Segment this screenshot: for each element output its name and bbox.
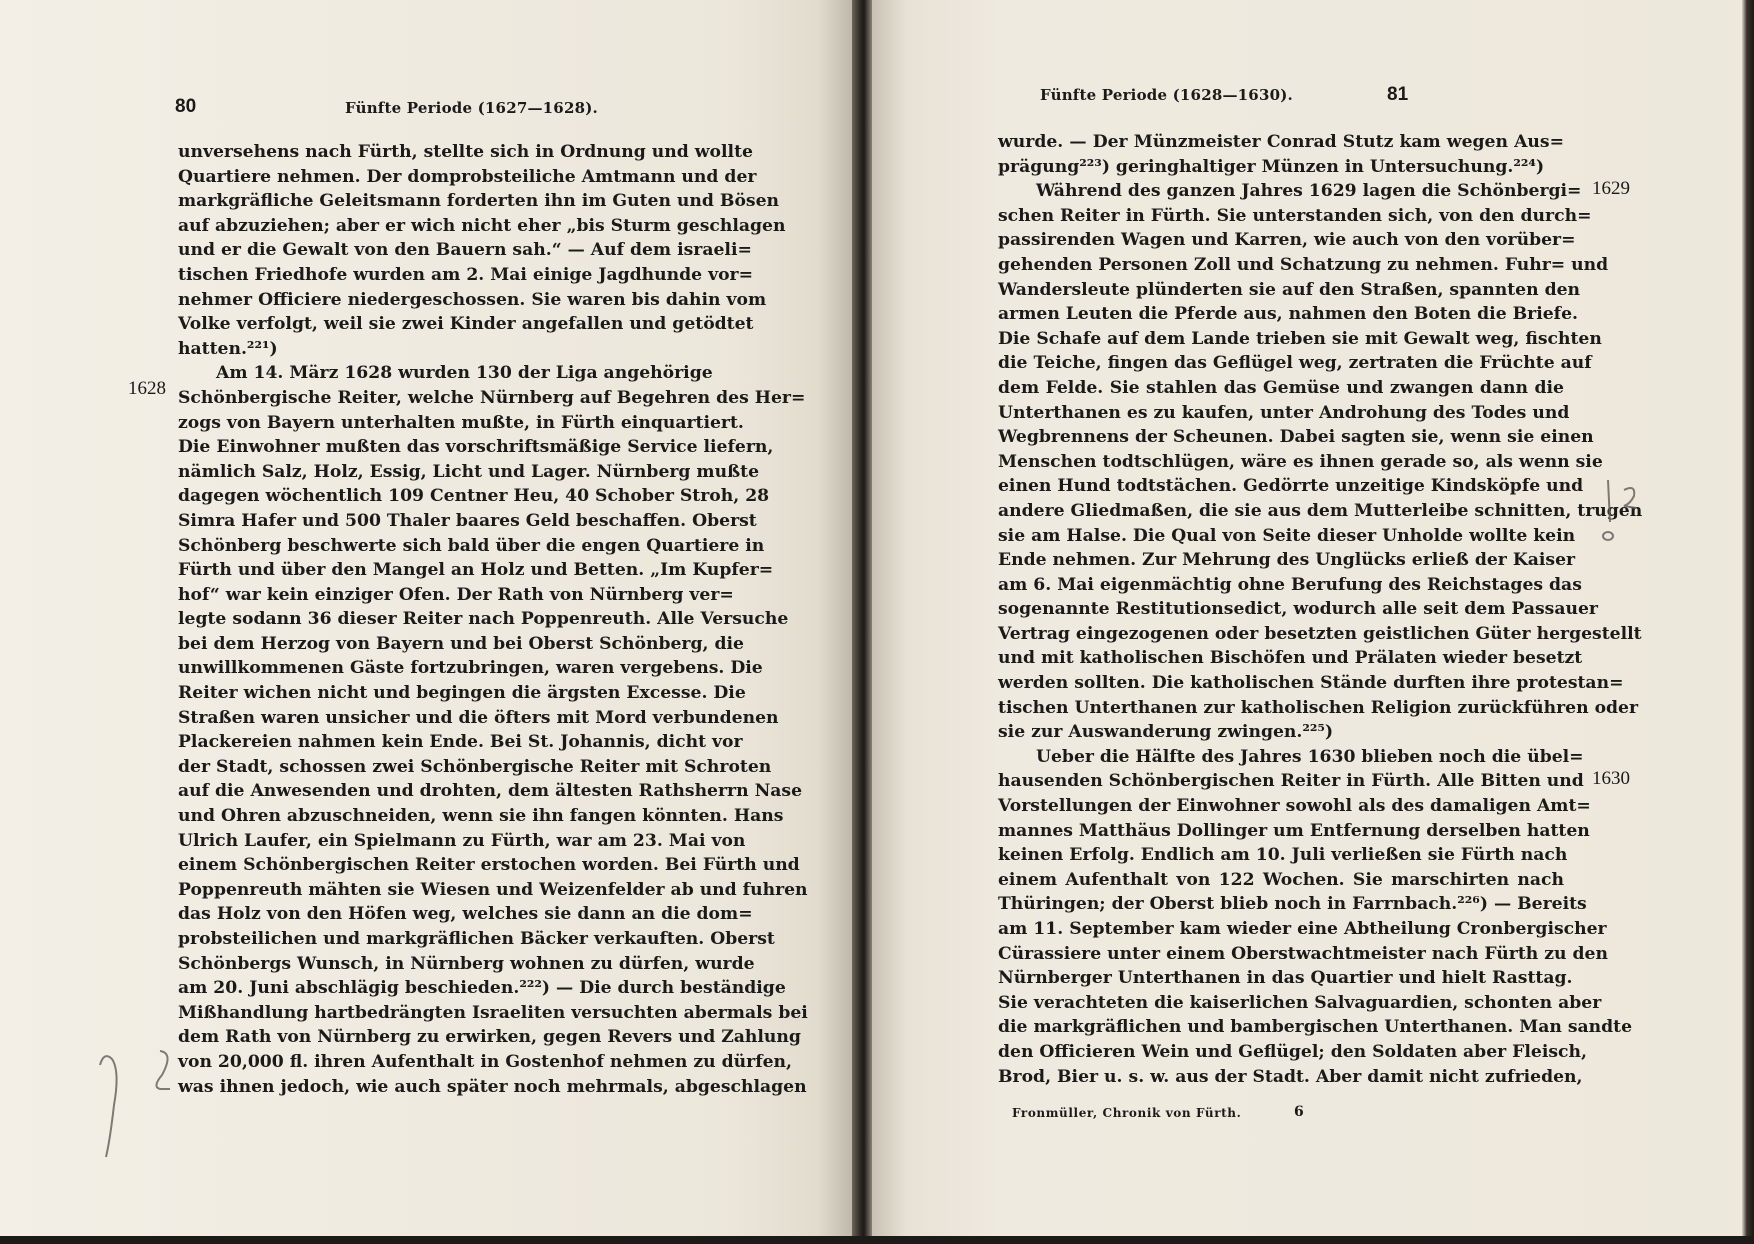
text-line: und mit katholischen Bischöfen und Präla… (998, 646, 1564, 671)
text-line: einem Aufenthalt von 122 Wochen. Sie mar… (998, 868, 1564, 893)
text-line: und er die Gewalt von den Bauern sah.“ —… (178, 238, 708, 263)
text-line: Schönbergs Wunsch, in Nürnberg wohnen zu… (178, 952, 708, 977)
text-line: Reiter wichen nicht und begingen die ärg… (178, 681, 708, 706)
left-page: 80 Fünfte Periode (1627—1628). 1628 unve… (0, 0, 852, 1236)
text-line: Plackereien nahmen kein Ende. Bei St. Jo… (178, 730, 708, 755)
text-line: prägung²²³) geringhaltiger Münzen in Unt… (998, 155, 1564, 180)
text-line: einen Hund todtstächen. Gedörrte unzeiti… (998, 474, 1564, 499)
text-line: sie am Halse. Die Qual von Seite dieser … (998, 524, 1564, 549)
right-page: Fünfte Periode (1628—1630). 81 1629 1630… (872, 0, 1742, 1236)
pencil-annotation-icon (1594, 470, 1654, 550)
pencil-annotation-icon (90, 1045, 180, 1165)
text-line: Vertrag eingezogenen oder besetzten geis… (998, 622, 1564, 647)
text-line: Cürassiere unter einem Oberstwachtmeiste… (998, 942, 1564, 967)
text-line: am 11. September kam wieder eine Abtheil… (998, 917, 1564, 942)
text-line: Straßen waren unsicher und die öfters mi… (178, 706, 708, 731)
text-line: was ihnen jedoch, wie auch später noch m… (178, 1075, 708, 1100)
text-line: sie zur Auswanderung zwingen.²²⁵) (998, 720, 1564, 745)
text-line: und Ohren abzuschneiden, wenn sie ihn fa… (178, 804, 708, 829)
text-line: Nürnberger Unterthanen in das Quartier u… (998, 966, 1564, 991)
text-line: armen Leuten die Pferde aus, nahmen den … (998, 302, 1564, 327)
text-line: Unterthanen es zu kaufen, unter Androhun… (998, 401, 1564, 426)
text-line: Ueber die Hälfte des Jahres 1630 blieben… (998, 745, 1564, 770)
text-line: einem Schönbergischen Reiter erstochen w… (178, 853, 708, 878)
text-line: gehenden Personen Zoll und Schatzung zu … (998, 253, 1564, 278)
text-line: Menschen todtschlügen, wäre es ihnen ger… (998, 450, 1564, 475)
text-line: legte sodann 36 dieser Reiter nach Poppe… (178, 607, 708, 632)
text-line: dem Rath von Nürnberg zu erwirken, gegen… (178, 1025, 708, 1050)
text-line: das Holz von den Höfen weg, welches sie … (178, 902, 708, 927)
text-line: Poppenreuth mähten sie Wiesen und Weizen… (178, 878, 708, 903)
book-bottom-edge (0, 1236, 1754, 1244)
text-line: nehmer Officiere niedergeschossen. Sie w… (178, 288, 708, 313)
text-line: Thüringen; der Oberst blieb noch in Farr… (998, 892, 1564, 917)
margin-year-1628: 1628 (128, 378, 166, 400)
text-line: der Stadt, schossen zwei Schönbergische … (178, 755, 708, 780)
text-line: auf die Anwesenden und drohten, dem älte… (178, 779, 708, 804)
text-line: mannes Matthäus Dollinger um Entfernung … (998, 819, 1564, 844)
text-line: von 20,000 fl. ihren Aufenthalt in Goste… (178, 1050, 708, 1075)
text-line: Vorstellungen der Einwohner sowohl als d… (998, 794, 1564, 819)
text-line: hatten.²²¹) (178, 337, 708, 362)
book-edge (1742, 0, 1754, 1244)
text-line: am 20. Juni abschlägig beschieden.²²²) —… (178, 976, 708, 1001)
text-line: Ende nehmen. Zur Mehrung des Unglücks er… (998, 548, 1564, 573)
signature-number: 6 (1294, 1104, 1304, 1120)
margin-year-1630: 1630 (1592, 768, 1630, 790)
running-head: Fünfte Periode (1628—1630). (1040, 86, 1293, 104)
text-line: Schönbergische Reiter, welche Nürnberg a… (178, 386, 708, 411)
page-number: 80 (175, 96, 196, 118)
text-line: Quartiere nehmen. Der domprobsteiliche A… (178, 165, 708, 190)
text-line: tischen Unterthanen zur katholischen Rel… (998, 696, 1564, 721)
text-line: den Officieren Wein und Geflügel; den So… (998, 1040, 1564, 1065)
page-number: 81 (1387, 84, 1408, 106)
running-head: Fünfte Periode (1627—1628). (345, 99, 598, 117)
text-line: probsteilichen und markgräflichen Bäcker… (178, 927, 708, 952)
text-line: Mißhandlung hartbedrängten Israeliten ve… (178, 1001, 708, 1026)
text-line: dagegen wöchentlich 109 Centner Heu, 40 … (178, 484, 708, 509)
text-line: die Teiche, fingen das Geflügel weg, zer… (998, 351, 1564, 376)
text-line: schen Reiter in Fürth. Sie unterstanden … (998, 204, 1564, 229)
text-line: andere Gliedmaßen, die sie aus dem Mutte… (998, 499, 1564, 524)
text-line: Volke verfolgt, weil sie zwei Kinder ang… (178, 312, 708, 337)
text-line: zogs von Bayern unterhalten mußte, in Fü… (178, 411, 708, 436)
margin-year-1629: 1629 (1592, 178, 1630, 200)
text-line: am 6. Mai eigenmächtig ohne Berufung des… (998, 573, 1564, 598)
text-line: nämlich Salz, Holz, Essig, Licht und Lag… (178, 460, 708, 485)
text-line: unwillkommenen Gäste fortzubringen, ware… (178, 656, 708, 681)
body-text: wurde. — Der Münzmeister Conrad Stutz ka… (998, 130, 1564, 1089)
text-line: dem Felde. Sie stahlen das Gemüse und zw… (998, 376, 1564, 401)
text-line: Wegbrennens der Scheunen. Dabei sagten s… (998, 425, 1564, 450)
footer-signature: Fronmüller, Chronik von Fürth. (1012, 1106, 1241, 1120)
text-line: Während des ganzen Jahres 1629 lagen die… (998, 179, 1564, 204)
text-line: Die Einwohner mußten das vorschriftsmäßi… (178, 435, 708, 460)
text-line: wurde. — Der Münzmeister Conrad Stutz ka… (998, 130, 1564, 155)
text-line: bei dem Herzog von Bayern und bei Oberst… (178, 632, 708, 657)
text-line: Wandersleute plünderten sie auf den Stra… (998, 278, 1564, 303)
text-line: Simra Hafer und 500 Thaler baares Geld b… (178, 509, 708, 534)
text-line: markgräfliche Geleitsmann forderten ihn … (178, 189, 708, 214)
text-line: Ulrich Laufer, ein Spielmann zu Fürth, w… (178, 829, 708, 854)
text-line: tischen Friedhofe wurden am 2. Mai einig… (178, 263, 708, 288)
text-line: Sie verachteten die kaiserlichen Salvagu… (998, 991, 1564, 1016)
text-line: passirenden Wagen und Karren, wie auch v… (998, 228, 1564, 253)
text-line: Die Schafe auf dem Lande trieben sie mit… (998, 327, 1564, 352)
text-line: Fürth und über den Mangel an Holz und Be… (178, 558, 708, 583)
text-line: Am 14. März 1628 wurden 130 der Liga ang… (178, 361, 708, 386)
text-line: hof“ war kein einziger Ofen. Der Rath vo… (178, 583, 708, 608)
text-line: unversehens nach Fürth, stellte sich in … (178, 140, 708, 165)
text-line: Schönberg beschwerte sich bald über die … (178, 534, 708, 559)
body-text: unversehens nach Fürth, stellte sich in … (178, 140, 708, 1099)
text-line: sogenannte Restitutionsedict, wodurch al… (998, 597, 1564, 622)
text-line: werden sollten. Die katholischen Stände … (998, 671, 1564, 696)
text-line: die markgräflichen und bambergischen Unt… (998, 1015, 1564, 1040)
text-line: auf abzuziehen; aber er wich nicht eher … (178, 214, 708, 239)
text-line: keinen Erfolg. Endlich am 10. Juli verli… (998, 843, 1564, 868)
text-line: Brod, Bier u. s. w. aus der Stadt. Aber … (998, 1065, 1564, 1090)
text-line: hausenden Schönbergischen Reiter in Fürt… (998, 769, 1564, 794)
book-gutter (852, 0, 872, 1244)
